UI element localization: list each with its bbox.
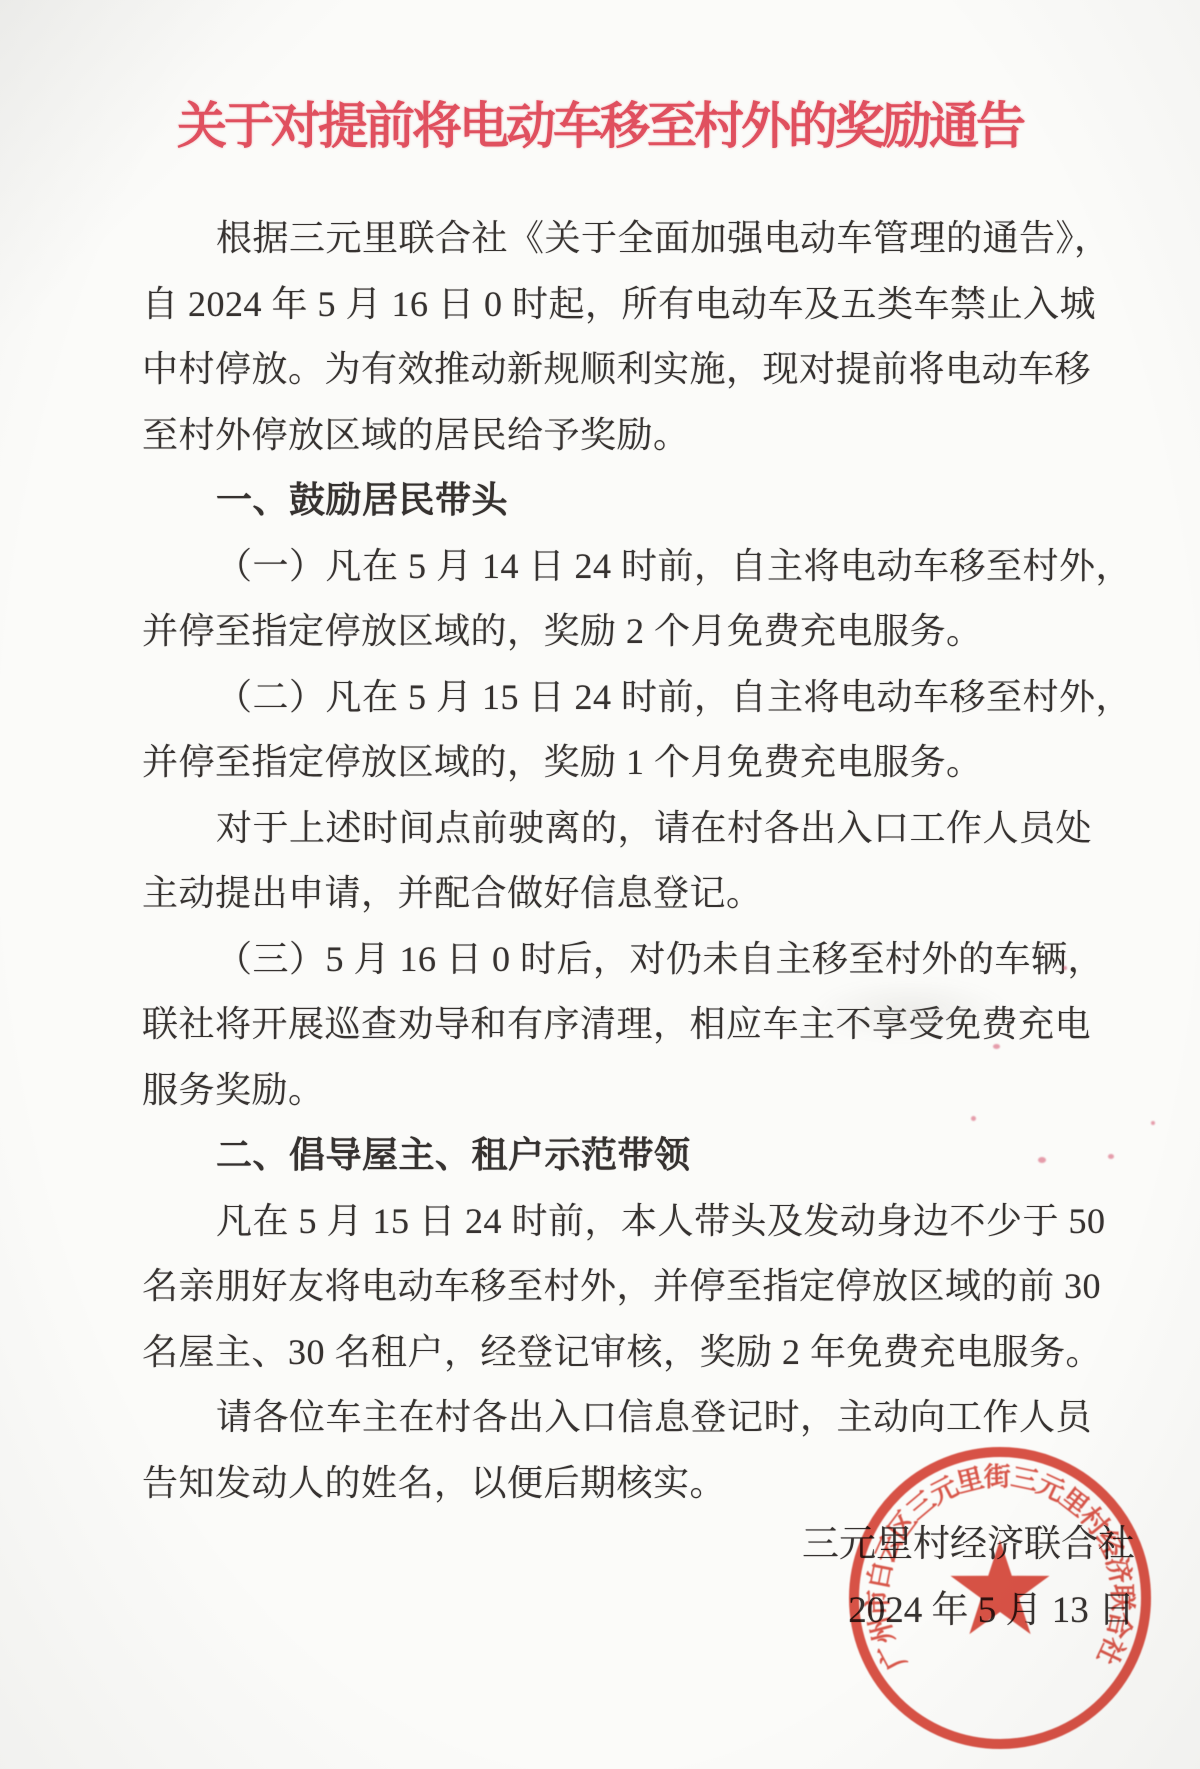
notice-text-line: 自 2024 年 5 月 16 日 0 时起，所有电动车及五类车禁止入城 <box>142 272 1084 338</box>
notice-text-line: 对于上述时间点前驶离的，请在村各出入口工作人员处 <box>142 796 1084 862</box>
notice-text-line: 名屋主、30 名租户，经登记审核，奖励 2 年免费充电服务。 <box>142 1320 1084 1386</box>
ink-speck <box>1063 966 1067 970</box>
scanned-notice-page: 关于对提前将电动车移至村外的奖励通告 根据三元里联合社《关于全面加强电动车管理的… <box>0 0 1200 1769</box>
notice-text-line: 中村停放。为有效推动新规顺利实施，现对提前将电动车移 <box>142 337 1084 403</box>
notice-text-line: 服务奖励。 <box>142 1058 1084 1124</box>
notice-body: 根据三元里联合社《关于全面加强电动车管理的通告》，自 2024 年 5 月 16… <box>142 206 1084 1516</box>
notice-text-line: 根据三元里联合社《关于全面加强电动车管理的通告》， <box>142 206 1084 272</box>
notice-text-line: 凡在 5 月 15 日 24 时前，本人带头及发动身边不少于 50 <box>142 1189 1084 1255</box>
notice-text-line: 至村外停放区域的居民给予奖励。 <box>142 403 1084 469</box>
notice-text-line: （二）凡在 5 月 15 日 24 时前，自主将电动车移至村外， <box>142 665 1084 731</box>
official-seal-stamp: 广州市白云区三元里街三元里村经济联合社 <box>840 1438 1160 1758</box>
notice-text-line: 主动提出申请，并配合做好信息登记。 <box>142 861 1084 927</box>
scan-smudge <box>810 978 1010 1042</box>
ink-speck <box>993 1044 1000 1049</box>
notice-text-line: 名亲朋好友将电动车移至村外，并停至指定停放区域的前 30 <box>142 1254 1084 1320</box>
ink-speck <box>1151 1121 1155 1125</box>
ink-speck <box>1108 1154 1114 1159</box>
notice-text-line: 二、倡导屋主、租户示范带领 <box>142 1123 1084 1189</box>
notice-text-line: （一）凡在 5 月 14 日 24 时前，自主将电动车移至村外， <box>142 534 1084 600</box>
notice-text-line: 并停至指定停放区域的，奖励 1 个月免费充电服务。 <box>142 730 1084 796</box>
star-icon <box>951 1540 1050 1634</box>
ink-speck <box>1038 1157 1046 1163</box>
notice-text-line: 并停至指定停放区域的，奖励 2 个月免费充电服务。 <box>142 599 1084 665</box>
ink-speck <box>971 1116 976 1121</box>
notice-title: 关于对提前将电动车移至村外的奖励通告 <box>0 86 1200 158</box>
notice-text-line: 一、鼓励居民带头 <box>142 468 1084 534</box>
